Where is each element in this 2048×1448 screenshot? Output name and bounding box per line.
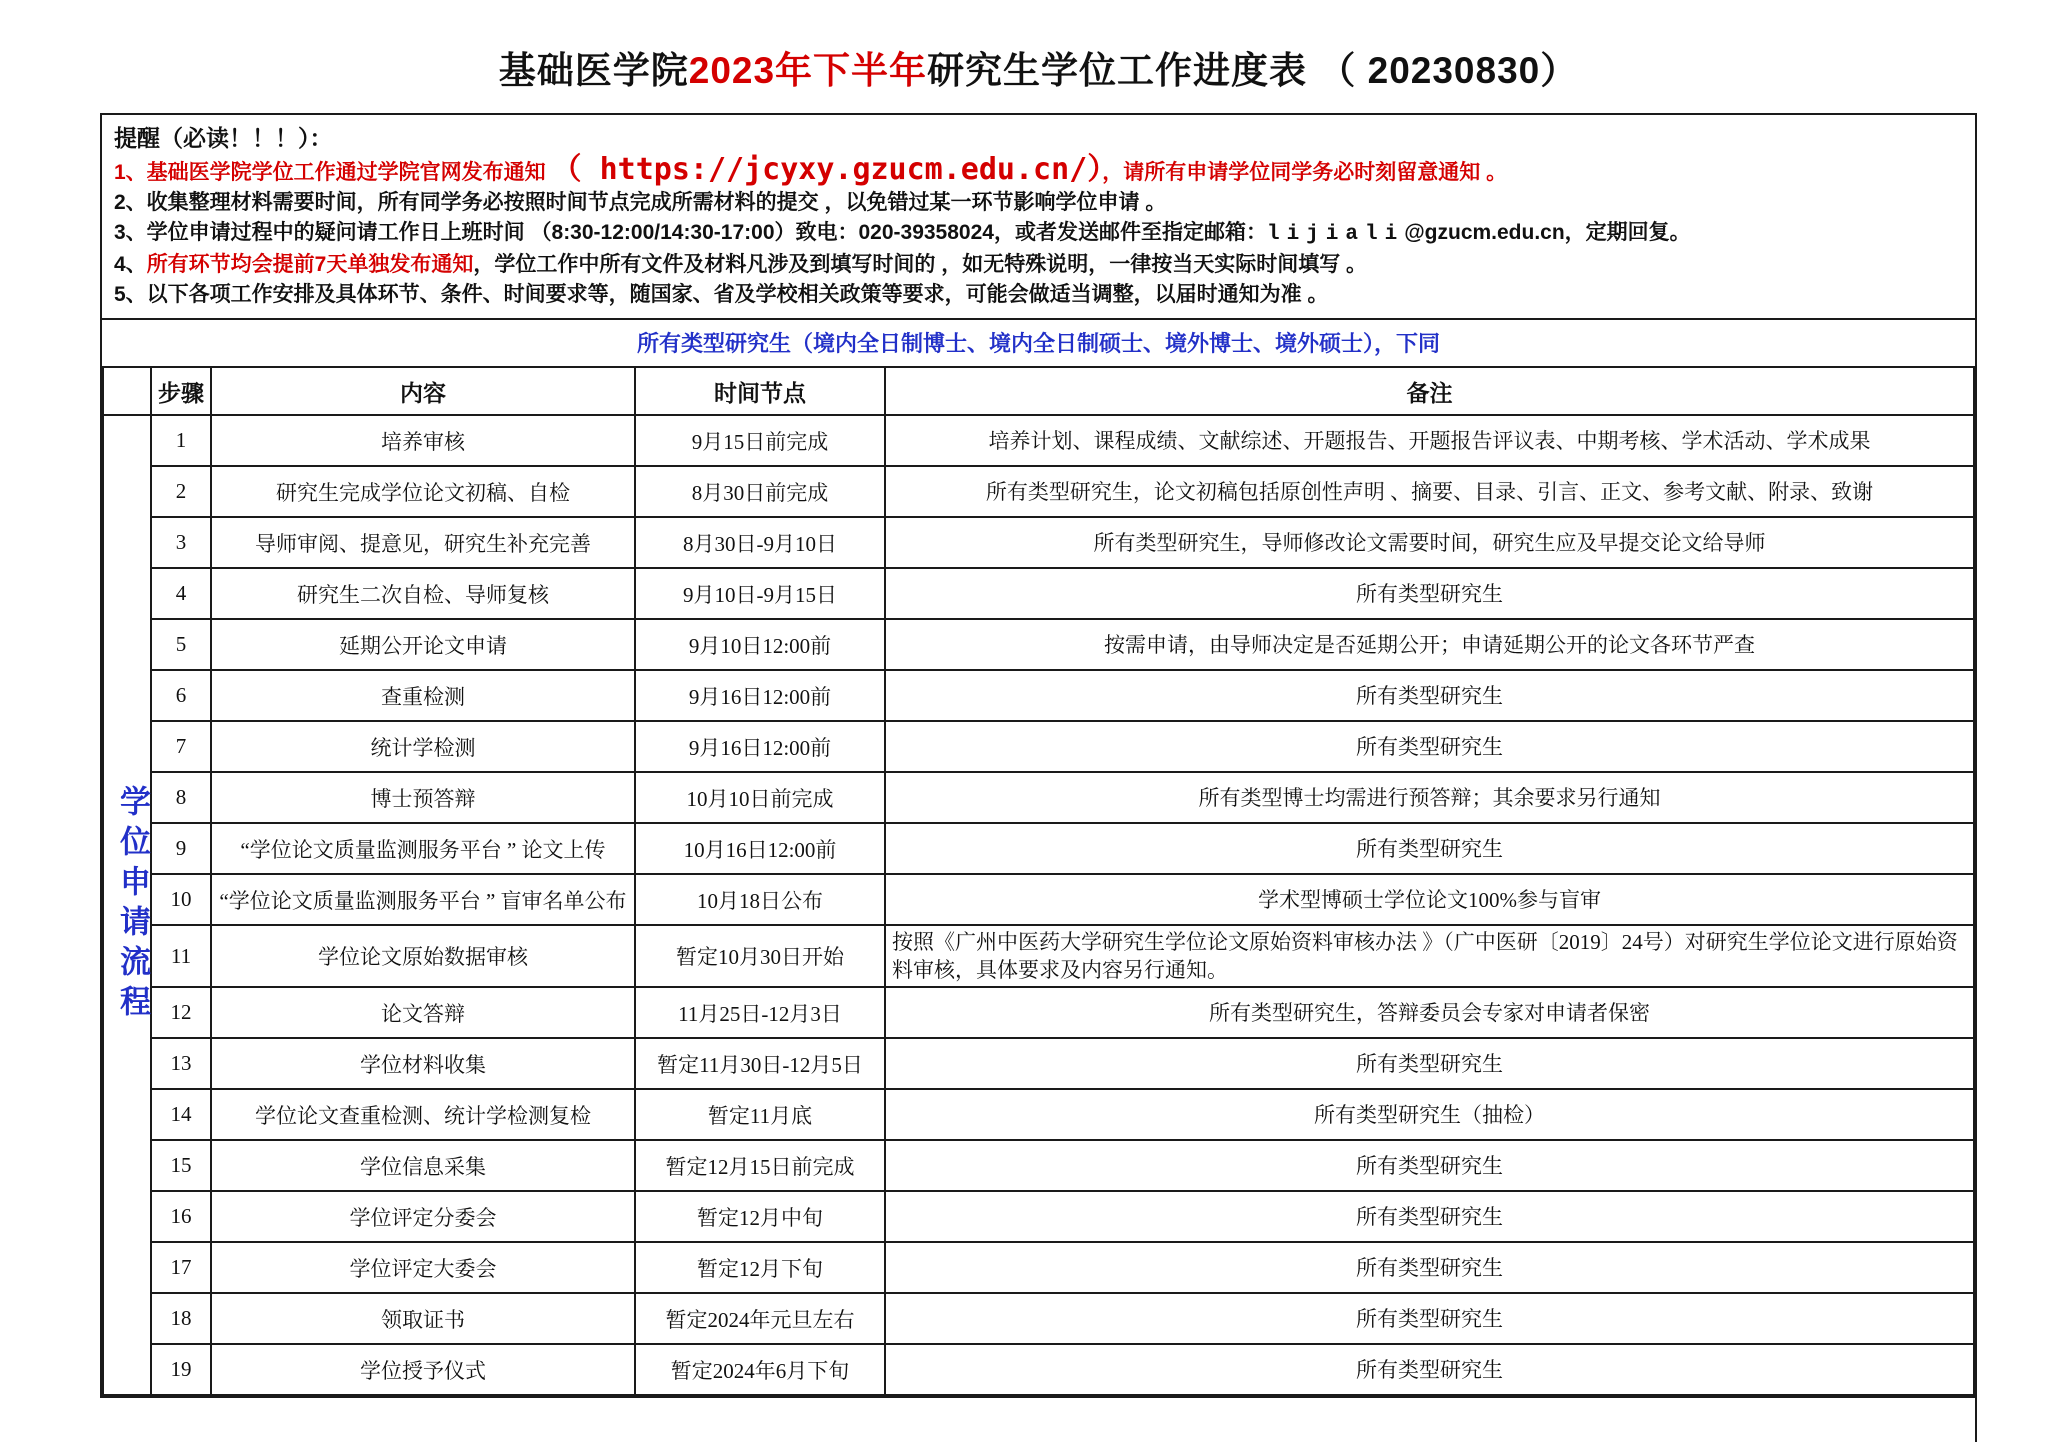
content-cell: 学位评定大委会 [211, 1242, 635, 1293]
scope-banner: 所有类型研究生（境内全日制博士、境内全日制硕士、境外博士、境外硕士），下同 [102, 318, 1975, 366]
deadline-cell: 10月16日12:00前 [635, 823, 885, 874]
content-cell: 研究生完成学位论文初稿、自检 [211, 466, 635, 517]
content-cell: 研究生二次自检、导师复核 [211, 568, 635, 619]
content-cell: 延期公开论文申请 [211, 619, 635, 670]
reminder-note: 5、以下各项工作安排及具体环节、条件、时间要求等，随国家、省及学校相关政策等要求… [114, 280, 1963, 310]
remark-cell: 所有类型研究生 [885, 1344, 1974, 1395]
table-row: 15学位信息采集暂定12月15日前完成所有类型研究生 [103, 1140, 1974, 1191]
deadline-cell: 暂定11月底 [635, 1089, 885, 1140]
reminder-section: 提醒（必读！！！）： 1、基础医学院学位工作通过学院官网发布通知 （ https… [102, 115, 1975, 318]
note-text-segment: 4、 [114, 253, 147, 276]
step-number-cell: 9 [151, 823, 211, 874]
remark-cell: 所有类型研究生 [885, 1242, 1974, 1293]
schedule-sheet: 提醒（必读！！！）： 1、基础医学院学位工作通过学院官网发布通知 （ https… [100, 113, 1977, 1398]
content-cell: 论文答辩 [211, 987, 635, 1038]
deadline-cell: 暂定2024年元旦左右 [635, 1293, 885, 1344]
step-number-cell: 6 [151, 670, 211, 721]
content-cell: “学位论文质量监测服务平台 ” 盲审名单公布 [211, 874, 635, 925]
content-cell: 培养审核 [211, 415, 635, 466]
content-cell: 领取证书 [211, 1293, 635, 1344]
content-cell: 博士预答辩 [211, 772, 635, 823]
table-row: 4研究生二次自检、导师复核9月10日-9月15日所有类型研究生 [103, 568, 1974, 619]
step-number-cell: 3 [151, 517, 211, 568]
reminder-notes: 1、基础医学院学位工作通过学院官网发布通知 （ https://jcyxy.gz… [114, 155, 1963, 310]
header-side-empty [103, 367, 151, 415]
table-row: 5延期公开论文申请9月10日12:00前按需申请，由导师决定是否延期公开；申请延… [103, 619, 1974, 670]
table-row: 8博士预答辩10月10日前完成所有类型博士均需进行预答辩；其余要求另行通知 [103, 772, 1974, 823]
reminder-note: 2、收集整理材料需要时间，所有同学务必按照时间节点完成所需材料的提交 ，以免错过… [114, 188, 1963, 218]
deadline-cell: 8月30日前完成 [635, 466, 885, 517]
step-number-cell: 13 [151, 1038, 211, 1089]
schedule-table: 步骤 内容 时间节点 备注 学位申请流程1培养审核9月15日前完成培养计划、课程… [102, 366, 1975, 1396]
remark-cell: 所有类型研究生 [885, 1293, 1974, 1344]
step-number-cell: 8 [151, 772, 211, 823]
process-side-label: 学位申请流程 [110, 785, 155, 1025]
step-number-cell: 19 [151, 1344, 211, 1395]
table-row: 14学位论文查重检测、统计学检测复检暂定11月底所有类型研究生（抽检） [103, 1089, 1974, 1140]
reminder-heading: 提醒（必读！！！）： [114, 121, 1963, 155]
header-deadline: 时间节点 [635, 367, 885, 415]
deadline-cell: 9月16日12:00前 [635, 670, 885, 721]
table-row: 18领取证书暂定2024年元旦左右所有类型研究生 [103, 1293, 1974, 1344]
remark-cell: 所有类型研究生，导师修改论文需要时间，研究生应及早提交论文给导师 [885, 517, 1974, 568]
table-row: 3导师审阅、提意见，研究生补充完善8月30日-9月10日所有类型研究生，导师修改… [103, 517, 1974, 568]
step-number-cell: 18 [151, 1293, 211, 1344]
table-row: 16学位评定分委会暂定12月中旬所有类型研究生 [103, 1191, 1974, 1242]
deadline-cell: 暂定11月30日-12月5日 [635, 1038, 885, 1089]
content-cell: 学位材料收集 [211, 1038, 635, 1089]
deadline-cell: 9月10日12:00前 [635, 619, 885, 670]
table-row: 10“学位论文质量监测服务平台 ” 盲审名单公布10月18日公布学术型博硕士学位… [103, 874, 1974, 925]
step-number-cell: 5 [151, 619, 211, 670]
content-cell: 学位信息采集 [211, 1140, 635, 1191]
step-number-cell: 14 [151, 1089, 211, 1140]
table-row: 7统计学检测9月16日12:00前所有类型研究生 [103, 721, 1974, 772]
note-text-segment: ，学位工作中所有文件及材料凡涉及到填写时间的 ，如无特殊说明，一律按当天实际时间… [473, 253, 1367, 276]
table-row: 12论文答辩11月25日-12月3日所有类型研究生，答辩委员会专家对申请者保密 [103, 987, 1974, 1038]
content-cell: 学位论文查重检测、统计学检测复检 [211, 1089, 635, 1140]
content-cell: 学位授予仪式 [211, 1344, 635, 1395]
table-row: 6查重检测9月16日12:00前所有类型研究生 [103, 670, 1974, 721]
reminder-note: 3、学位申请过程中的疑问请工作日上班时间 （8:30-12:00/14:30-1… [114, 218, 1963, 250]
header-step: 步骤 [151, 367, 211, 415]
content-cell: 学位评定分委会 [211, 1191, 635, 1242]
remark-cell: 所有类型研究生 [885, 670, 1974, 721]
deadline-cell: 11月25日-12月3日 [635, 987, 885, 1038]
content-cell: 导师审阅、提意见，研究生补充完善 [211, 517, 635, 568]
deadline-cell: 10月10日前完成 [635, 772, 885, 823]
step-number-cell: 11 [151, 925, 211, 987]
note-text-segment: 所有环节均会提前7天单独发布通知 [147, 253, 474, 276]
deadline-cell: 暂定12月下旬 [635, 1242, 885, 1293]
page-title: 基础医学院2023年下半年研究生学位工作进度表 （ 20230830） [100, 40, 1977, 94]
remark-cell: 所有类型研究生，答辩委员会专家对申请者保密 [885, 987, 1974, 1038]
table-row: 9“学位论文质量监测服务平台 ” 论文上传10月16日12:00前所有类型研究生 [103, 823, 1974, 874]
remark-cell: 培养计划、课程成绩、文献综述、开题报告、开题报告评议表、中期考核、学术活动、学术… [885, 415, 1974, 466]
header-content: 内容 [211, 367, 635, 415]
header-remark: 备注 [885, 367, 1974, 415]
remark-cell: 学术型博硕士学位论文100%参与盲审 [885, 874, 1974, 925]
note-text-segment: 5、以下各项工作安排及具体环节、条件、时间要求等，随国家、省及学校相关政策等要求… [114, 283, 1329, 306]
note-text-segment: 1、基础医学院学位工作通过学院官网发布通知 [114, 161, 552, 184]
deadline-cell: 8月30日-9月10日 [635, 517, 885, 568]
remark-cell: 所有类型研究生 [885, 1038, 1974, 1089]
remark-cell: 按需申请，由导师决定是否延期公开；申请延期公开的论文各环节严查 [885, 619, 1974, 670]
content-cell: 查重检测 [211, 670, 635, 721]
note-text-segment: lijiali [1267, 223, 1404, 246]
step-number-cell: 17 [151, 1242, 211, 1293]
process-side-cell: 学位申请流程 [103, 415, 151, 1395]
remark-cell: 所有类型研究生 [885, 1191, 1974, 1242]
deadline-cell: 暂定12月15日前完成 [635, 1140, 885, 1191]
deadline-cell: 9月16日12:00前 [635, 721, 885, 772]
step-number-cell: 10 [151, 874, 211, 925]
title-highlight: 2023年下半年 [689, 50, 927, 91]
content-cell: “学位论文质量监测服务平台 ” 论文上传 [211, 823, 635, 874]
step-number-cell: 1 [151, 415, 211, 466]
deadline-cell: 9月15日前完成 [635, 415, 885, 466]
table-row: 学位申请流程1培养审核9月15日前完成培养计划、课程成绩、文献综述、开题报告、开… [103, 415, 1974, 466]
note-text-segment: ，请所有申请学位同学务必时刻留意通知 。 [1102, 161, 1507, 184]
remark-cell: 所有类型博士均需进行预答辩；其余要求另行通知 [885, 772, 1974, 823]
deadline-cell: 暂定12月中旬 [635, 1191, 885, 1242]
remark-cell: 所有类型研究生 [885, 1140, 1974, 1191]
table-row: 2研究生完成学位论文初稿、自检8月30日前完成所有类型研究生，论文初稿包括原创性… [103, 466, 1974, 517]
title-prefix: 基础医学院 [499, 50, 689, 91]
remark-cell: 按照《广州中医药大学研究生学位论文原始资料审核办法 》（广中医研〔2019〕24… [885, 925, 1974, 987]
deadline-cell: 暂定10月30日开始 [635, 925, 885, 987]
table-row: 13学位材料收集暂定11月30日-12月5日所有类型研究生 [103, 1038, 1974, 1089]
step-number-cell: 16 [151, 1191, 211, 1242]
step-number-cell: 4 [151, 568, 211, 619]
content-cell: 学位论文原始数据审核 [211, 925, 635, 987]
step-number-cell: 15 [151, 1140, 211, 1191]
deadline-cell: 暂定2024年6月下旬 [635, 1344, 885, 1395]
remark-cell: 所有类型研究生 [885, 823, 1974, 874]
title-suffix: 研究生学位工作进度表 （ 20230830） [927, 50, 1578, 91]
remark-cell: 所有类型研究生（抽检） [885, 1089, 1974, 1140]
table-header-row: 步骤 内容 时间节点 备注 [103, 367, 1974, 415]
table-row: 17学位评定大委会暂定12月下旬所有类型研究生 [103, 1242, 1974, 1293]
table-row: 19学位授予仪式暂定2024年6月下旬所有类型研究生 [103, 1344, 1974, 1395]
remark-cell: 所有类型研究生 [885, 568, 1974, 619]
table-row: 11学位论文原始数据审核暂定10月30日开始按照《广州中医药大学研究生学位论文原… [103, 925, 1974, 987]
content-cell: 统计学检测 [211, 721, 635, 772]
step-number-cell: 12 [151, 987, 211, 1038]
step-number-cell: 2 [151, 466, 211, 517]
step-number-cell: 7 [151, 721, 211, 772]
page: 基础医学院2023年下半年研究生学位工作进度表 （ 20230830） 提醒（必… [0, 0, 2048, 1448]
note-text-segment: 2、收集整理材料需要时间，所有同学务必按照时间节点完成所需材料的提交 ，以免错过… [114, 191, 1166, 214]
deadline-cell: 9月10日-9月15日 [635, 568, 885, 619]
remark-cell: 所有类型研究生 [885, 721, 1974, 772]
note-text-segment: 3、学位申请过程中的疑问请工作日上班时间 （8:30-12:00/14:30-1… [114, 221, 1267, 244]
reminder-note: 4、所有环节均会提前7天单独发布通知，学位工作中所有文件及材料凡涉及到填写时间的… [114, 250, 1963, 280]
remark-cell: 所有类型研究生，论文初稿包括原创性声明 、摘要、目录、引言、正文、参考文献、附录… [885, 466, 1974, 517]
official-site-url: （ https://jcyxy.gzucm.edu.cn/） [552, 152, 1103, 187]
reminder-note: 1、基础医学院学位工作通过学院官网发布通知 （ https://jcyxy.gz… [114, 155, 1963, 188]
note-text-segment: @gzucm.edu.cn，定期回复。 [1404, 221, 1691, 244]
deadline-cell: 10月18日公布 [635, 874, 885, 925]
